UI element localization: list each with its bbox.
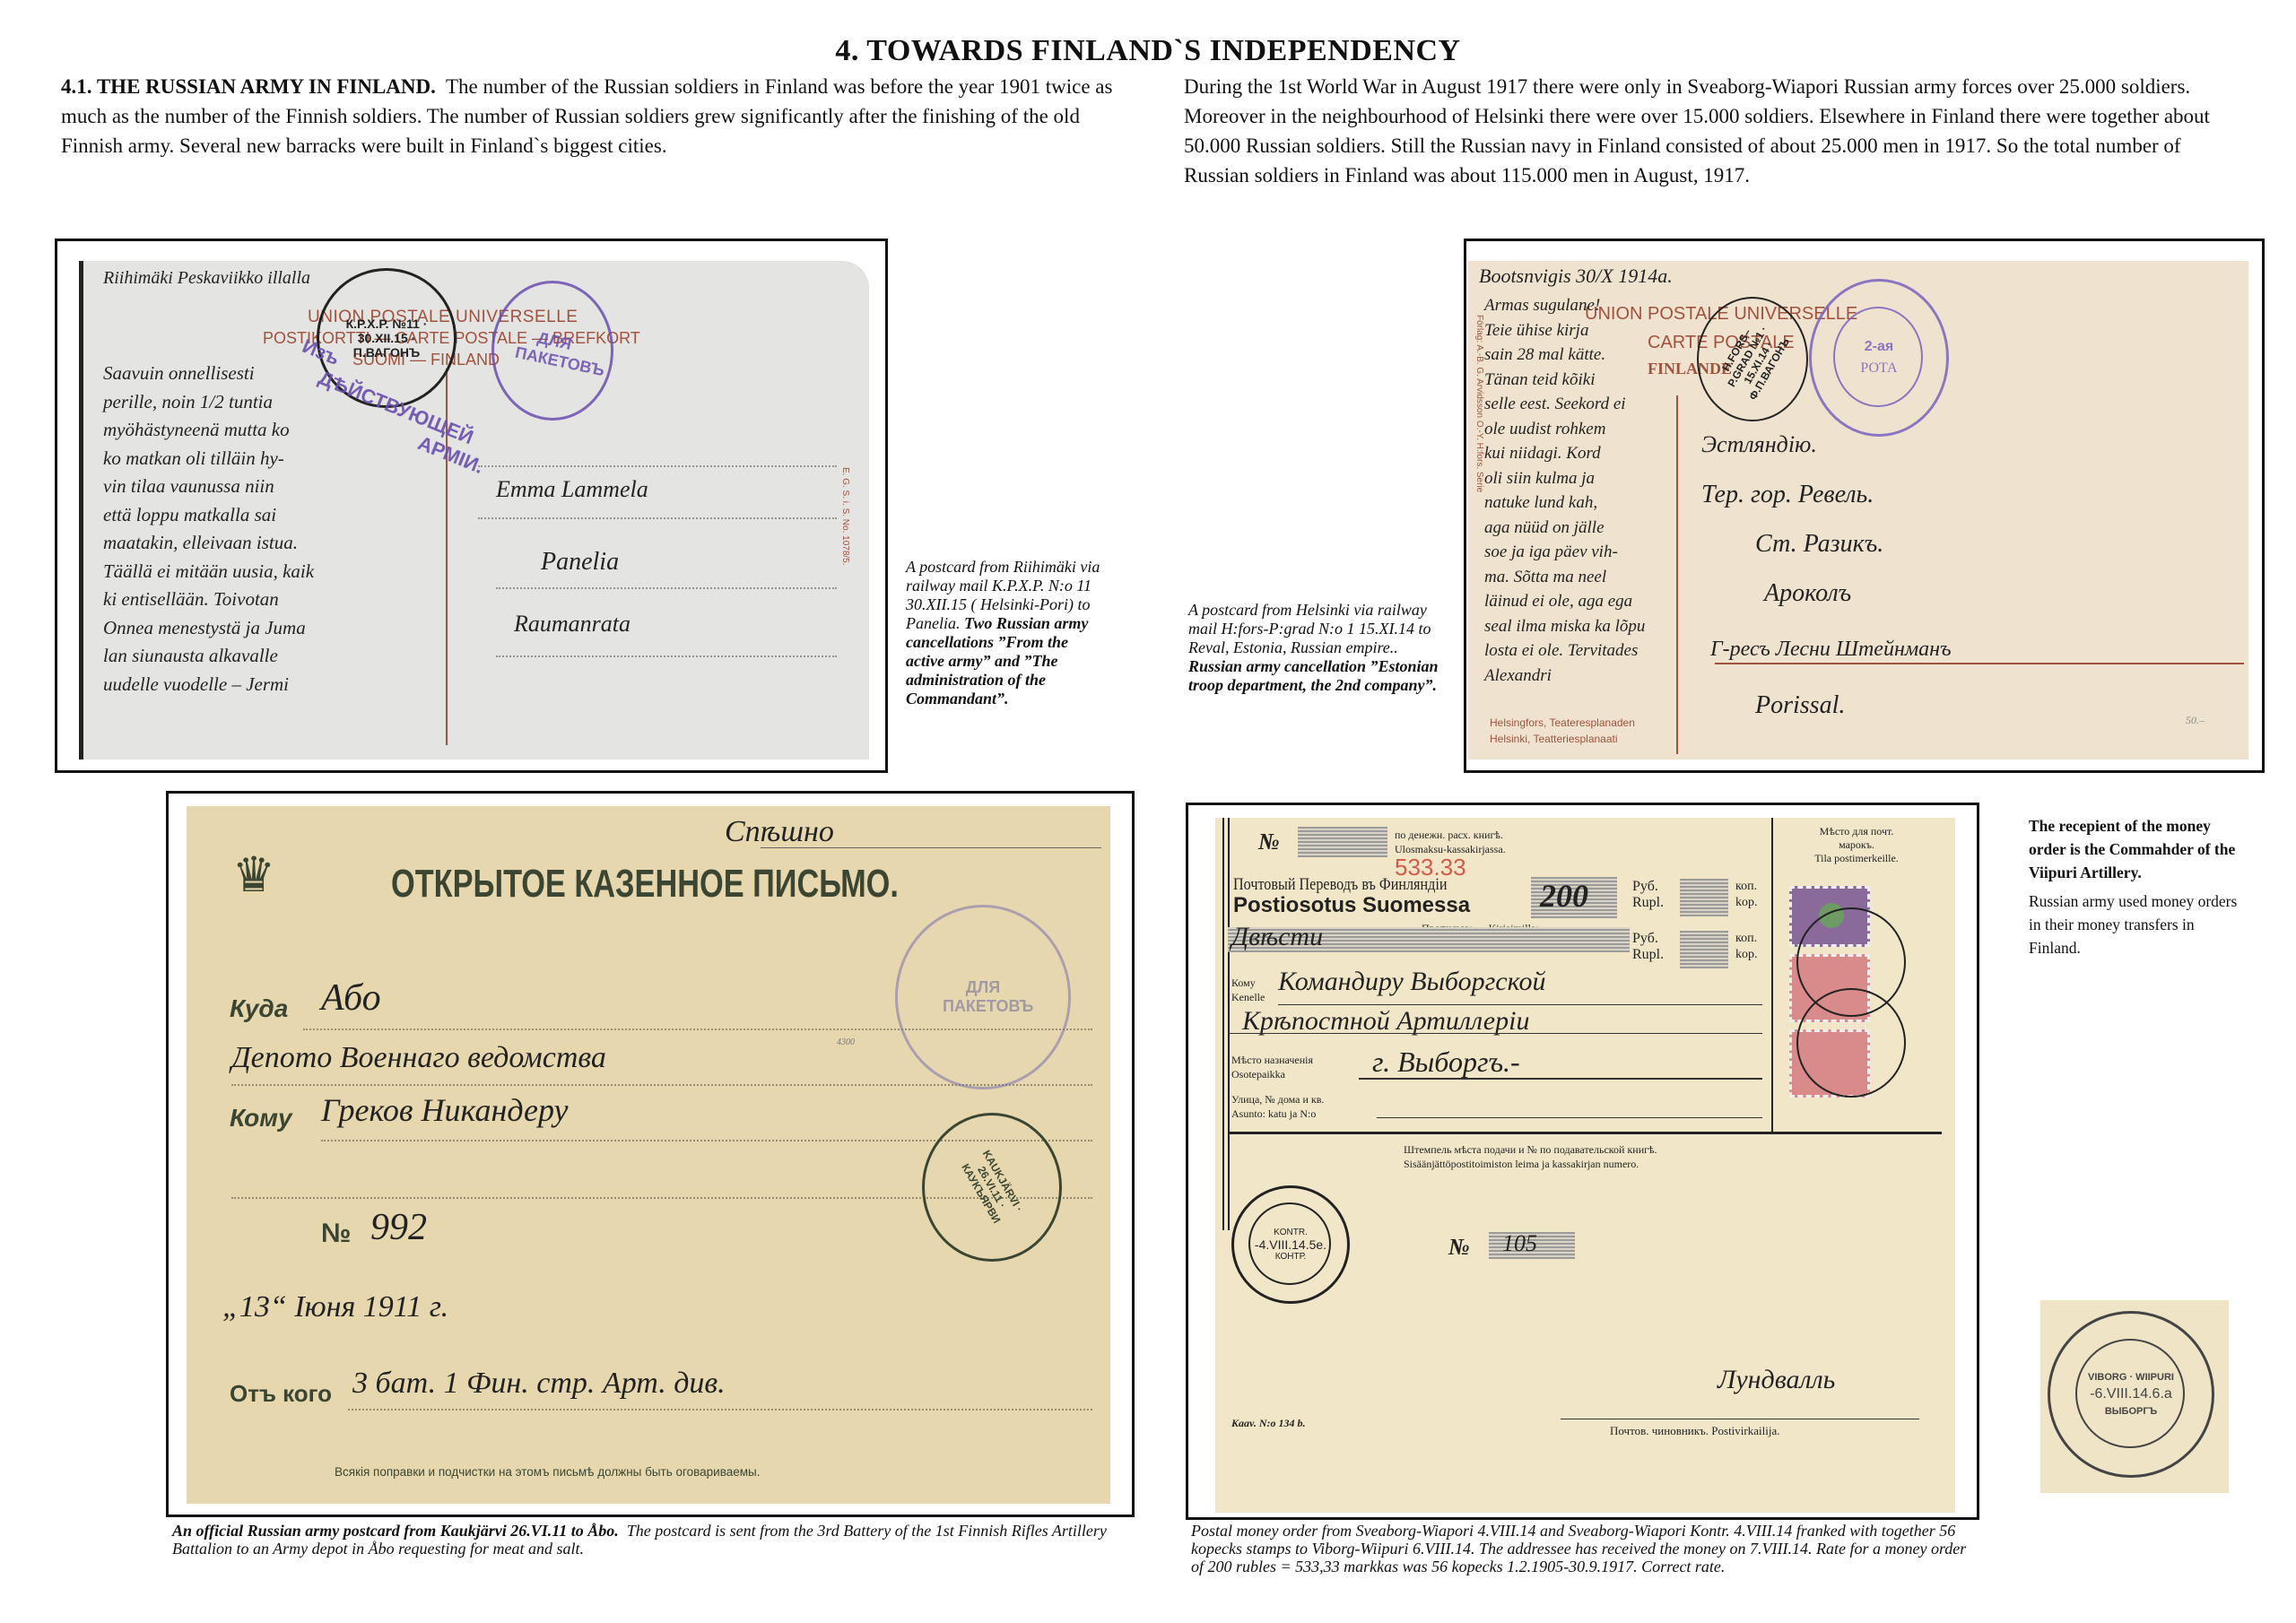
form-left-rule: [1222, 818, 1230, 1230]
hand-destination: г. Выборгъ.-: [1372, 1046, 1520, 1079]
sidebar-note-bold: The recepient of the money order is the …: [2029, 814, 2244, 884]
street-rule: [1377, 1117, 1762, 1118]
address-rule: [496, 655, 837, 657]
printed-heading: ОТКРЫТОЕ КАЗЕННОЕ ПИСЬМО.: [391, 862, 899, 907]
handwritten-line: soe ja iga päev vih-: [1484, 540, 1645, 565]
from-rule: [348, 1409, 1092, 1410]
sveaborg-kontr-postmark: KONTR. -4.VIII.14.5e. КОНТР.: [1231, 1185, 1350, 1304]
label-street: Улица, № дома и кв.Asunto: katu ja N:o: [1231, 1092, 1324, 1121]
hatched-field: [1298, 827, 1387, 857]
sidebar-note: The recepient of the money order is the …: [2029, 814, 2244, 959]
address-line: Эстляндiю.: [1701, 431, 1817, 458]
address-line: Panelia: [541, 548, 619, 577]
handwritten-line: uudelle vuodelle – Jermi: [103, 671, 314, 699]
to-rule: [1278, 1004, 1762, 1005]
postcard-riihimaki: UNION POSTALE UNIVERSELLE POSTIKORTTI — …: [79, 261, 869, 759]
hand-to-line2: Крѣпостной Артиллеріи: [1242, 1006, 1529, 1037]
label-no-2: №: [1448, 1234, 1470, 1261]
army-cancel-commandant: ДЛЯ ПАКЕТОВЪ: [491, 281, 613, 421]
printed-place-fi: Helsinki, Teatteriesplanaati: [1490, 733, 1618, 745]
hand-amount: 200: [1540, 877, 1588, 915]
hand-date: „13“ Іюня 1911 г.: [222, 1290, 448, 1324]
hand-header: Bootsnvigis 30/X 1914a.: [1479, 265, 1673, 288]
label-no: №: [1258, 829, 1280, 855]
hand-header: Riihimäki Peskaviikko illalla: [103, 268, 310, 289]
signature-rule: [1561, 1419, 1919, 1419]
printed-side: E. G. S. i. S. No. 1078/5.: [840, 467, 850, 566]
handwritten-line: perille, noin 1/2 tuntia: [103, 388, 314, 417]
handwritten-line: että loppu matkalla sai: [103, 501, 314, 530]
caption-money-order: Postal money order from Sveaborg-Wiapori…: [1191, 1522, 1980, 1575]
hand-signature: Лундвалль: [1718, 1365, 1835, 1395]
pencil-note: 50.–: [2186, 714, 2205, 727]
handwritten-line: kui niidagi. Kord: [1484, 441, 1645, 466]
handwritten-line: maatakin, elleivaan istua.: [103, 529, 314, 558]
address-line: Emma Lammela: [496, 476, 648, 503]
money-order-form: № по денежн. расх. книгѣ. Ulosmaksu-kass…: [1215, 818, 1955, 1513]
hand-number: 992: [370, 1206, 427, 1249]
address-line: Г-ресъ Лесни Штейнманъ: [1710, 638, 1952, 662]
pencil-number: 4300: [837, 1037, 855, 1047]
address-rule: [478, 465, 837, 467]
imperial-eagle-icon: ♛: [231, 842, 276, 908]
sidebar-note-plain: Russian army used money orders in their …: [2029, 890, 2244, 959]
caption-official: An official Russian army postcard from K…: [172, 1522, 1141, 1558]
title-fi: Postiosotus Suomessa: [1233, 893, 1470, 918]
army-cancel-estonian-troop: 2-ая РОТА: [1809, 279, 1949, 437]
address-rule: [1715, 663, 2244, 664]
address-line: Ст. Разикъ.: [1755, 530, 1883, 559]
label-number: №: [321, 1219, 351, 1249]
handwritten-line: Alexandri: [1484, 664, 1645, 689]
intro-left: 4.1. THE RUSSIAN ARMY IN FINLAND. The nu…: [61, 72, 1137, 161]
handwritten-line: Teie ühise kirja: [1484, 318, 1645, 343]
hand-book-no: 105: [1502, 1230, 1537, 1257]
kaukjarvi-postmark: KAUKJÄRVI · 26.VI.11 · КАУКЪЯРВИ: [922, 1113, 1062, 1262]
address-line: Raumanrata: [514, 611, 631, 638]
address-line: Porissal.: [1755, 691, 1845, 720]
handwritten-line: aga nüüd on jälle: [1484, 516, 1645, 541]
exhibit-frame-riihimaki: UNION POSTALE UNIVERSELLE POSTIKORTTI — …: [55, 239, 888, 773]
title-ru: Почтовый Переводъ въ Финляндіи: [1233, 875, 1447, 895]
handwritten-line: Täällä ei mitään uusia, kaik: [103, 558, 314, 586]
printed-publisher: Förlag: A.-B. G. Arvidsson O.-Y. H:fors.…: [1474, 315, 1484, 492]
page-title: 4. TOWARDS FINLAND`S INDEPENDENCY: [0, 34, 2296, 68]
label-rub-2: Руб.Rupl.: [1632, 931, 1664, 963]
handwritten-line: sain 28 mal kätte.: [1484, 343, 1645, 368]
address-line: Тер. гор. Ревель.: [1701, 481, 1874, 509]
label-to: КомуKenelle: [1231, 976, 1265, 1004]
hand-amount-words: Двѣсти: [1231, 922, 1323, 952]
label-from: Отъ кого: [230, 1380, 332, 1408]
address-line: Ароколъ: [1764, 579, 1851, 608]
label-kop: коп.kop.: [1735, 879, 1758, 911]
handwritten-line: ki entisellään. Toivotan: [103, 586, 314, 614]
label-form-no: Kaav. N:o 134 b.: [1231, 1417, 1306, 1430]
hand-where-2: Депото Военнаго ведомства: [231, 1041, 606, 1075]
caption-helsinki: A postcard from Helsinki via railway mai…: [1188, 601, 1448, 695]
handwritten-line: Saavuin onnellisesti: [103, 360, 314, 388]
destination-rule: [1359, 1078, 1762, 1080]
handwritten-line: ma. Sõtta ma neel: [1484, 565, 1645, 590]
depot-cancel: ДЛЯ ПАКЕТОВЪ: [895, 905, 1071, 1089]
to-rule-2: [1228, 1033, 1762, 1034]
caption-riihimaki: A postcard from Riihimäki via railway ma…: [906, 558, 1103, 708]
handwritten-line: läinud ei ole, aga ega: [1484, 589, 1645, 614]
handwritten-line: myöhästyneenä mutta ko: [103, 416, 314, 445]
handwritten-line: vin tilaa vaunussa niin: [103, 473, 314, 501]
form-divider: [1228, 1132, 1942, 1134]
hand-urgent: Спѣшно: [725, 815, 834, 849]
hatched-kop-2: [1680, 931, 1728, 968]
hand-where: Або: [321, 976, 381, 1020]
hand-to-line1: Командиру Выборгской: [1278, 967, 1546, 997]
viborg-postmark: VIBORG · WIIPURI -6.VIII.14.6.a ВЫБОРГЪ: [2048, 1311, 2214, 1478]
exhibit-frame-helsinki: UNION POSTALE UNIVERSELLE CARTE POSTALE …: [1464, 239, 2265, 773]
handwritten-line: oli siin kulma ja: [1484, 466, 1645, 491]
label-destination: Мѣсто назначеніяOsotepaikka: [1231, 1053, 1313, 1081]
stamp-column-rule: [1771, 818, 1773, 1132]
viborg-postmark-detail: VIBORG · WIIPURI -6.VIII.14.6.a ВЫБОРГЪ: [2040, 1300, 2229, 1493]
hand-from: 3 бат. 1 Фин. стр. Арт. див.: [352, 1367, 726, 1401]
divider-line: [1676, 395, 1678, 754]
label-stamp-place: Мѣсто для почт. марокъ. Tila postimerkei…: [1780, 825, 1933, 865]
printed-footer: Всякія поправки и подчистки на этомъ пис…: [335, 1465, 761, 1479]
label-rub: Руб.Rupl.: [1632, 879, 1664, 911]
label-to: Кому: [230, 1104, 292, 1133]
hand-message: Armas sugulane!Teie ühise kirjasain 28 m…: [1484, 293, 1645, 688]
hand-to: Греков Никандеру: [321, 1091, 568, 1129]
handwritten-line: natuke lund kah,: [1484, 490, 1645, 516]
handwritten-line: lan siunausta alkavalle: [103, 642, 314, 671]
urgent-rule: [761, 847, 1101, 848]
handwritten-line: ole uudist rohkem: [1484, 417, 1645, 442]
label-book-ru: по денежн. расх. книгѣ.: [1395, 829, 1503, 842]
handwritten-line: seal ilma miska ka lõpu: [1484, 614, 1645, 639]
handwritten-line: losta ei ole. Tervitades: [1484, 638, 1645, 664]
handwritten-line: Armas sugulane!: [1484, 293, 1645, 318]
section-heading: 4.1. THE RUSSIAN ARMY IN FINLAND.: [61, 75, 436, 98]
label-kop-2: коп.kop.: [1735, 931, 1758, 963]
railway-postmark: H.FORS–P.GRAD №1 · 15.XI.14 · Ф.П.ВАГОНЪ: [1697, 297, 1808, 421]
address-rule: [478, 517, 837, 519]
postcard-helsinki: UNION POSTALE UNIVERSELLE CARTE POSTALE …: [1468, 261, 2248, 759]
label-official: Почтов. чиновникъ. Postivirkailija.: [1610, 1424, 1779, 1438]
handwritten-line: Tänan teid kõiki: [1484, 368, 1645, 393]
exhibit-frame-money-order: № по денежн. расх. книгѣ. Ulosmaksu-kass…: [1186, 803, 1979, 1520]
stamp-cancel-2: [1796, 988, 1906, 1098]
official-postcard: ♛ ОТКРЫТОЕ КАЗЕННОЕ ПИСЬМО. Спѣшно Куда …: [187, 806, 1110, 1504]
handwritten-line: Onnea menestystä ja Juma: [103, 614, 314, 643]
label-cancel-info: Штемпель мѣста подачи и № по подавательс…: [1404, 1142, 1657, 1171]
intro-right: During the 1st World War in August 1917 …: [1184, 72, 2251, 190]
label-where: Куда: [230, 994, 288, 1023]
printed-place-sv: Helsingfors, Teateresplanaden: [1490, 716, 1635, 729]
handwritten-line: ko matkan oli tilläin hy-: [103, 445, 314, 473]
hand-message: Saavuin onnellisestiperille, noin 1/2 tu…: [103, 360, 314, 699]
exhibit-frame-official: ♛ ОТКРЫТОЕ КАЗЕННОЕ ПИСЬМО. Спѣшно Куда …: [166, 791, 1135, 1517]
address-rule: [496, 587, 837, 589]
handwritten-line: selle eest. Seekord ei: [1484, 392, 1645, 417]
hatched-kop: [1680, 879, 1728, 916]
